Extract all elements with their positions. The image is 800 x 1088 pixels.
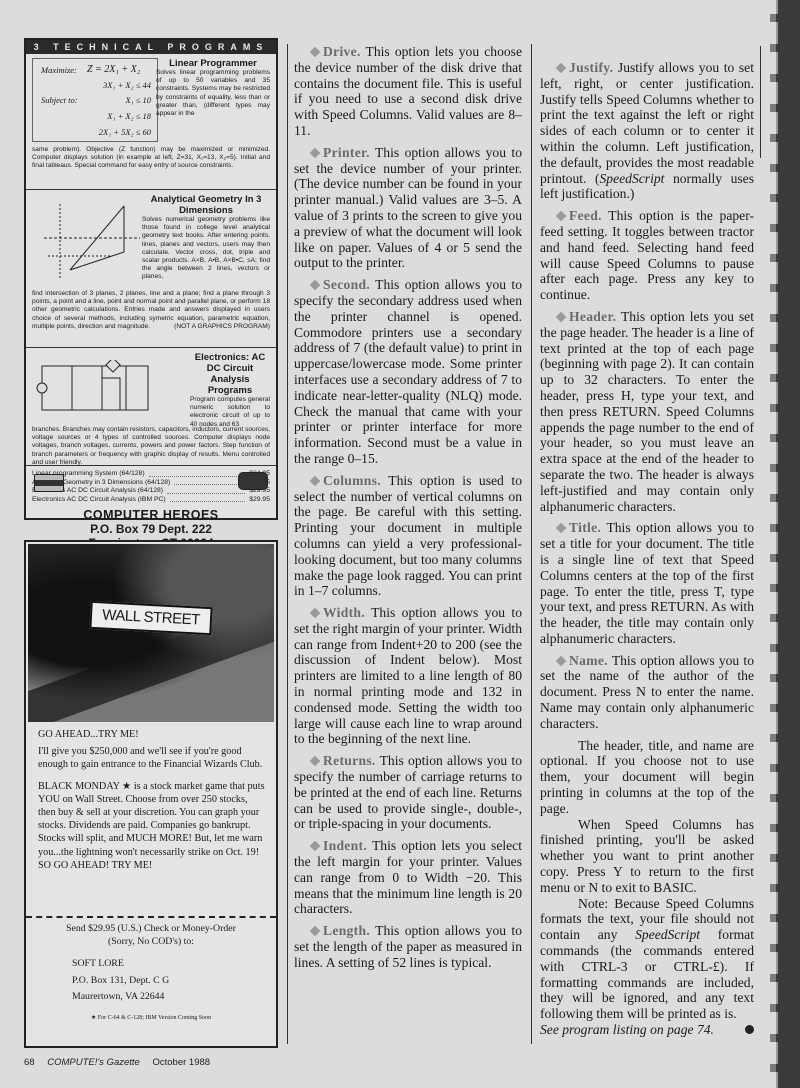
product-description: Solves numerical geometry problems like … bbox=[142, 216, 270, 282]
diamond-bullet-icon bbox=[556, 655, 567, 666]
option-justify: Justify. Justify allows you to set left,… bbox=[540, 60, 754, 202]
formula-box: Maximize: Z = 2X₁ + X₂ 3X₁ + X₂ ≤ 44 Sub… bbox=[32, 58, 158, 142]
visa-card-icon bbox=[34, 474, 64, 492]
magazine-page: 3 TECHNICAL PROGRAMS Maximize: Z = 2X₁ +… bbox=[0, 0, 790, 1088]
constraint-2: X₁ ≤ 10 bbox=[125, 95, 151, 105]
column-rule bbox=[760, 46, 761, 158]
product-description-cont: find intersection of 3 planes, 2 planes,… bbox=[32, 290, 270, 331]
computer-heroes-ad: 3 TECHNICAL PROGRAMS Maximize: Z = 2X₁ +… bbox=[24, 38, 278, 520]
ad-banner: 3 TECHNICAL PROGRAMS bbox=[26, 40, 276, 54]
product-description-cont: same problem). Objective (Z function) ma… bbox=[32, 146, 270, 171]
price-row: Linear programming System (64/128)$24.95 bbox=[32, 470, 270, 479]
diamond-bullet-icon bbox=[310, 47, 321, 58]
magazine-name: COMPUTE!'s Gazette bbox=[47, 1057, 140, 1068]
address-line-2: Maurertown, VA 22644 bbox=[72, 989, 276, 1006]
diamond-bullet-icon bbox=[310, 475, 321, 486]
diamond-bullet-icon bbox=[556, 312, 567, 323]
option-feed: Feed. This option is the paper-feed sett… bbox=[540, 208, 754, 303]
geometry-diagram-icon bbox=[40, 200, 146, 286]
diamond-bullet-icon bbox=[556, 211, 567, 222]
maximize-label: Maximize: bbox=[41, 65, 77, 75]
column-rule bbox=[531, 44, 532, 1044]
option-drive: Drive. This option lets you choose the d… bbox=[294, 44, 522, 139]
product-description: Program computes general numeric solutio… bbox=[190, 396, 270, 429]
option-columns: Columns. This option is used to select t… bbox=[294, 473, 522, 599]
company-name: COMPUTER HEROES bbox=[26, 508, 276, 522]
linear-programmer-section: Maximize: Z = 2X₁ + X₂ 3X₁ + X₂ ≤ 44 Sub… bbox=[26, 54, 276, 190]
constraint-3: X₁ + X₂ ≤ 18 bbox=[107, 111, 151, 121]
paragraph-optional: The header, title, and name are optional… bbox=[540, 738, 754, 817]
objective-formula: Z = 2X₁ + X₂ bbox=[87, 64, 140, 75]
ad-paragraph-2: BLACK MONDAY ★ is a stock market game th… bbox=[38, 780, 266, 859]
article-column-middle: Drive. This option lets you choose the d… bbox=[294, 44, 522, 977]
subject-label: Subject to: bbox=[41, 95, 78, 105]
option-length: Length. This option allows you to set th… bbox=[294, 923, 522, 970]
product-description: Solves linear programming problems of up… bbox=[156, 69, 270, 118]
option-indent: Indent. This option lets you select the … bbox=[294, 838, 522, 917]
option-second: Second. This option allows you to specif… bbox=[294, 277, 522, 467]
article-column-right: Justify. Justify allows you to set left,… bbox=[540, 60, 754, 1044]
constraint-1: 3X₁ + X₂ ≤ 44 bbox=[103, 80, 151, 90]
constraint-4: 2X₁ + 5X₂ ≤ 60 bbox=[99, 127, 151, 137]
option-header: Header. This option lets you set the pag… bbox=[540, 309, 754, 514]
issue-date: October 1988 bbox=[152, 1057, 210, 1068]
company-name: SOFT LORE bbox=[72, 956, 276, 973]
wall-street-sign: WALL STREET bbox=[89, 601, 212, 635]
option-printer: Printer. This option allows you to set t… bbox=[294, 145, 522, 271]
diamond-bullet-icon bbox=[556, 523, 567, 534]
ad-headline: GO AHEAD...TRY ME! bbox=[38, 728, 266, 741]
not-graphics-note: (NOT A GRAPHICS PROGRAM) bbox=[174, 323, 270, 331]
product-title: Electronics: AC DC Circuit Analysis Prog… bbox=[190, 352, 270, 396]
end-of-article-icon bbox=[745, 1025, 754, 1034]
option-returns: Returns. This option allows you to speci… bbox=[294, 753, 522, 832]
circuit-diagram-icon bbox=[36, 360, 154, 418]
order-coupon: Send $29.95 (U.S.) Check or Money-Order … bbox=[26, 922, 276, 1025]
product-description-cont: branches. Branches may contain resistors… bbox=[32, 426, 270, 467]
analytical-geometry-section: Analytical Geometry In 3 Dimensions Solv… bbox=[26, 190, 276, 348]
price-row: Electronics AC DC Circuit Analysis (IBM … bbox=[32, 496, 270, 505]
diamond-bullet-icon bbox=[310, 147, 321, 158]
mailing-address: SOFT LORE P.O. Box 131, Dept. C G Maurer… bbox=[72, 956, 276, 1006]
order-instructions: Send $29.95 (U.S.) Check or Money-Order … bbox=[26, 922, 276, 948]
product-blurb: Analytical Geometry In 3 Dimensions Solv… bbox=[142, 194, 270, 282]
diamond-bullet-icon bbox=[310, 608, 321, 619]
soft-lore-ad: WALL STREET GO AHEAD...TRY ME! I'll give… bbox=[24, 540, 278, 1048]
program-listing-reference: See program listing on page 74. bbox=[540, 1022, 754, 1038]
price-row: Electronics AC DC Circuit Analysis (64/1… bbox=[32, 487, 270, 496]
page-number: 68 bbox=[24, 1057, 35, 1068]
paragraph-finished: When Speed Columns has finished printing… bbox=[540, 817, 754, 896]
platform-footnote: ★ For C-64 & C-128; IBM Version Coming S… bbox=[26, 1012, 276, 1025]
diamond-bullet-icon bbox=[310, 280, 321, 291]
page-footer: 68 COMPUTE!'s Gazette October 1988 bbox=[24, 1057, 220, 1068]
address-line-1: P.O. Box 131, Dept. C G bbox=[72, 973, 276, 990]
ad-copy: GO AHEAD...TRY ME! I'll give you $250,00… bbox=[38, 728, 266, 880]
coupon-cut-line bbox=[26, 916, 276, 918]
paragraph-note: Note: Because Speed Columns formats the … bbox=[540, 896, 754, 1022]
product-blurb: Electronics: AC DC Circuit Analysis Prog… bbox=[190, 352, 270, 429]
diamond-bullet-icon bbox=[310, 841, 321, 852]
company-address-1: P.O. Box 79 Dept. 222 bbox=[26, 522, 276, 536]
price-row: Analytical Geometry in 3 Dimensions (64/… bbox=[32, 479, 270, 488]
product-title: Analytical Geometry In 3 Dimensions bbox=[142, 194, 270, 216]
column-rule bbox=[287, 44, 288, 1044]
mastercard-icon bbox=[238, 472, 268, 490]
diamond-bullet-icon bbox=[556, 63, 567, 74]
product-title: Linear Programmer bbox=[156, 58, 270, 69]
electronics-section: Electronics: AC DC Circuit Analysis Prog… bbox=[26, 348, 276, 466]
diamond-bullet-icon bbox=[310, 926, 321, 937]
option-name: Name. This option allows you to set the … bbox=[540, 653, 754, 732]
option-title: Title. This option allows you to set a t… bbox=[540, 520, 754, 646]
torn-page-edge bbox=[776, 0, 800, 1088]
wall-street-illustration: WALL STREET bbox=[28, 544, 274, 722]
diamond-bullet-icon bbox=[310, 756, 321, 767]
option-width: Width. This option allows you to set the… bbox=[294, 605, 522, 747]
ad-paragraph-1: I'll give you $250,000 and we'll see if … bbox=[38, 745, 266, 771]
ad-closing: SO GO AHEAD! TRY ME! bbox=[38, 859, 266, 872]
product-blurb: Linear Programmer Solves linear programm… bbox=[156, 58, 270, 118]
